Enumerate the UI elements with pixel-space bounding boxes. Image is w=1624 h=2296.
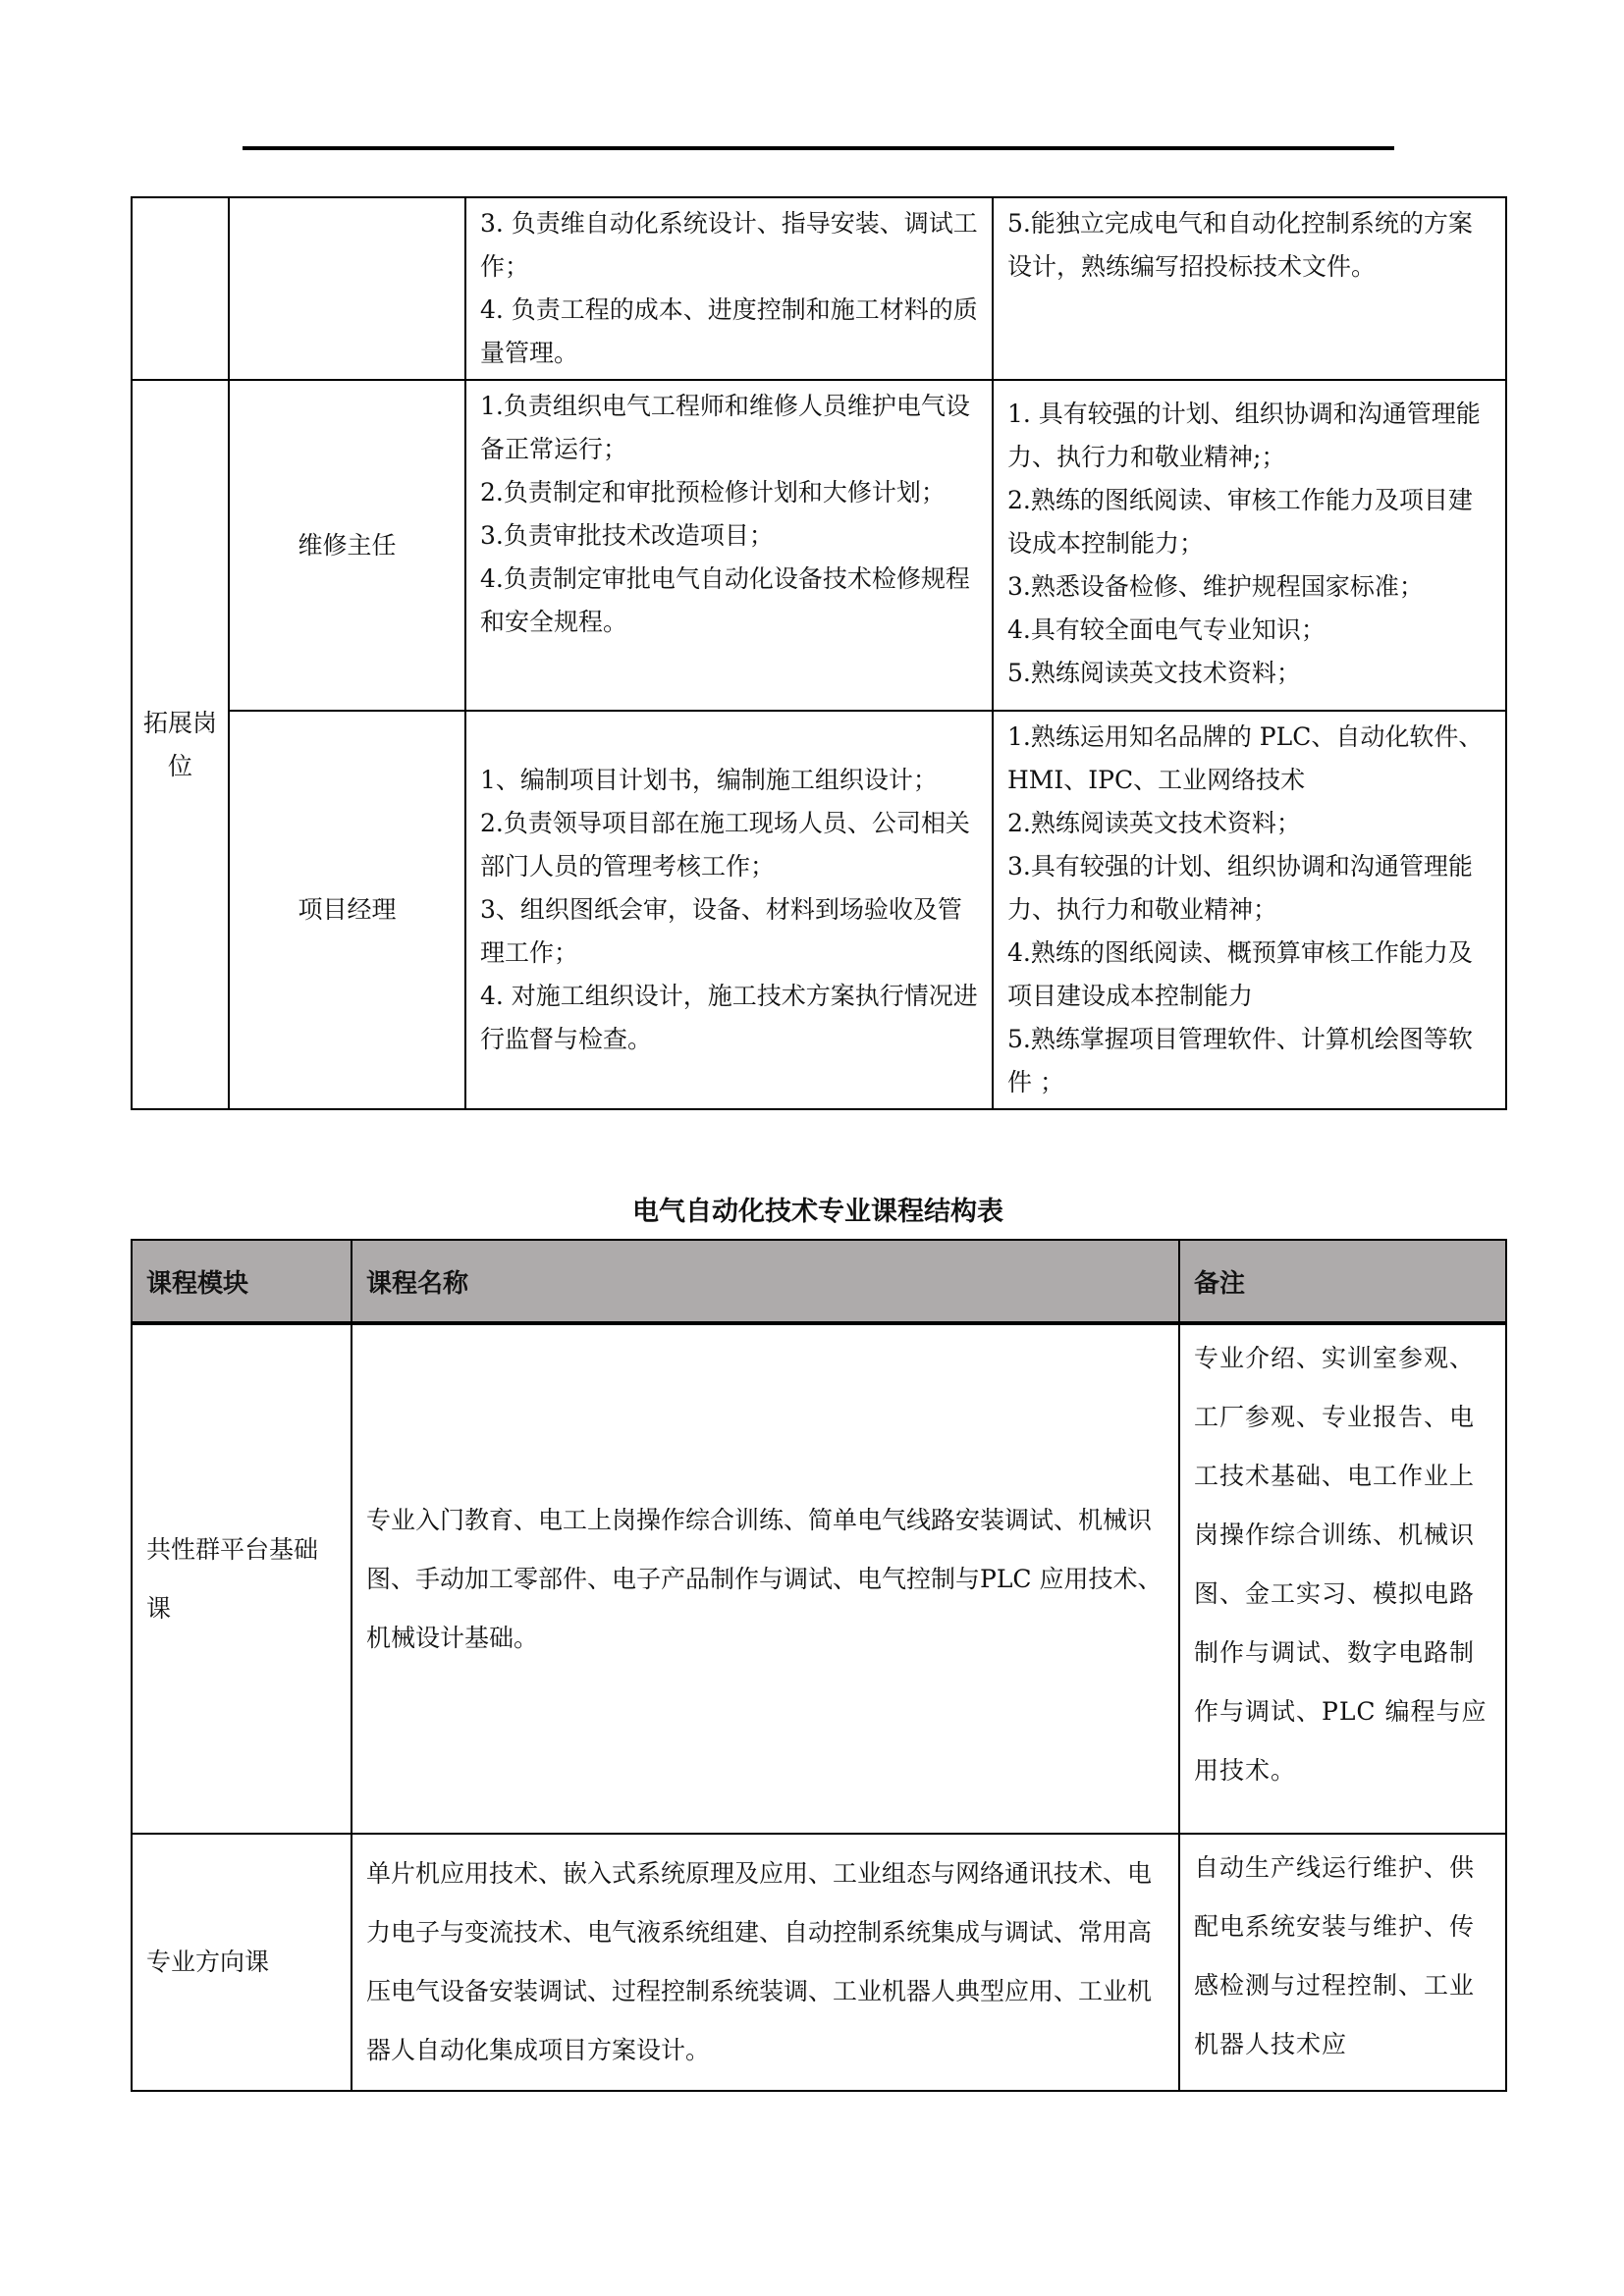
duty-item: 4.负责制定审批电气自动化设备技术检修规程和安全规程。 (480, 558, 980, 644)
requirement-item: 1. 具有较强的计划、组织协调和沟通管理能力、执行力和敬业精神;； (1007, 393, 1495, 479)
duty-item: 2.负责领导项目部在施工现场人员、公司相关部门人员的管理考核工作； (480, 802, 980, 888)
module-cell: 专业方向课 (132, 1834, 352, 2091)
duty-item: 3、组织图纸会审，设备、材料到场验收及管理工作； (480, 888, 980, 975)
duty-item: 3. 负责维自动化系统设计、指导安装、调试工作； (480, 202, 980, 289)
duty-item: 4. 对施工组织设计，施工技术方案执行情况进行监督与检查。 (480, 975, 980, 1061)
course-table-title: 电气自动化技术专业课程结构表 (131, 1190, 1505, 1228)
job-positions-table: 3. 负责维自动化系统设计、指导安装、调试工作； 4. 负责工程的成本、进度控制… (131, 196, 1507, 1110)
category-cell: 拓展岗位 (132, 380, 229, 1109)
requirement-item: 1.熟练运用知名品牌的 PLC、自动化软件、HMI、IPC、工业网络技术 (1007, 716, 1495, 802)
duties-cell: 1、编制项目计划书，编制施工组织设计； 2.负责领导项目部在施工现场人员、公司相… (465, 711, 993, 1109)
header-row: 课程模块 课程名称 备注 (132, 1240, 1506, 1323)
requirements-cell: 1.熟练运用知名品牌的 PLC、自动化软件、HMI、IPC、工业网络技术 2.熟… (993, 711, 1506, 1109)
course-structure-table: 课程模块 课程名称 备注 共性群平台基础课 专业入门教育、电工上岗操作综合训练、… (131, 1239, 1507, 2092)
requirements-cell: 1. 具有较强的计划、组织协调和沟通管理能力、执行力和敬业精神;； 2.熟练的图… (993, 380, 1506, 711)
requirement-item: 4.具有较全面电气专业知识； (1007, 609, 1495, 652)
duty-item: 2.负责制定和审批预检修计划和大修计划； (480, 471, 980, 514)
duty-item: 1、编制项目计划书，编制施工组织设计； (480, 759, 980, 802)
duty-item: 4. 负责工程的成本、进度控制和施工材料的质量管理。 (480, 289, 980, 375)
table-row: 项目经理 1、编制项目计划书，编制施工组织设计； 2.负责领导项目部在施工现场人… (132, 711, 1506, 1109)
courses-cell: 单片机应用技术、嵌入式系统原理及应用、工业组态与网络通讯技术、电力电子与变流技术… (352, 1834, 1179, 2091)
requirement-item: 2.熟练的图纸阅读、审核工作能力及项目建设成本控制能力； (1007, 479, 1495, 565)
requirement-item: 5.熟练掌握项目管理软件、计算机绘图等软件 ； (1007, 1018, 1495, 1104)
header-module: 课程模块 (132, 1240, 352, 1323)
header-remarks: 备注 (1179, 1240, 1506, 1323)
remarks-cell: 专业介绍、实训室参观、工厂参观、专业报告、电工技术基础、电工作业上岗操作综合训练… (1179, 1323, 1506, 1834)
table-row: 拓展岗位 维修主任 1.负责组织电气工程师和维修人员维护电气设备正常运行； 2.… (132, 380, 1506, 711)
requirement-item: 4.熟练的图纸阅读、概预算审核工作能力及项目建设成本控制能力 (1007, 932, 1495, 1018)
position-cell (229, 197, 465, 380)
table-row: 共性群平台基础课 专业入门教育、电工上岗操作综合训练、简单电气线路安装调试、机械… (132, 1323, 1506, 1834)
duties-cell: 1.负责组织电气工程师和维修人员维护电气设备正常运行； 2.负责制定和审批预检修… (465, 380, 993, 711)
requirement-item: 3.熟悉设备检修、维护规程国家标准； (1007, 565, 1495, 609)
position-cell: 维修主任 (229, 380, 465, 711)
module-cell: 共性群平台基础课 (132, 1323, 352, 1834)
duty-item: 3.负责审批技术改造项目； (480, 514, 980, 558)
requirement-item: 5.能独立完成电气和自动化控制系统的方案设计，熟练编写招投标技术文件。 (1007, 202, 1495, 289)
header-rule (243, 146, 1394, 150)
requirements-cell: 5.能独立完成电气和自动化控制系统的方案设计，熟练编写招投标技术文件。 (993, 197, 1506, 380)
requirement-item: 3.具有较强的计划、组织协调和沟通管理能力、执行力和敬业精神； (1007, 845, 1495, 932)
duty-item: 1.负责组织电气工程师和维修人员维护电气设备正常运行； (480, 385, 980, 471)
remarks-cell: 自动生产线运行维护、供配电系统安装与维护、传感检测与过程控制、工业机器人技术应 (1179, 1834, 1506, 2091)
category-cell (132, 197, 229, 380)
header-course-name: 课程名称 (352, 1240, 1179, 1323)
table-row: 3. 负责维自动化系统设计、指导安装、调试工作； 4. 负责工程的成本、进度控制… (132, 197, 1506, 380)
courses-cell: 专业入门教育、电工上岗操作综合训练、简单电气线路安装调试、机械识图、手动加工零部… (352, 1323, 1179, 1834)
requirement-item: 5.熟练阅读英文技术资料； (1007, 652, 1495, 695)
duties-cell: 3. 负责维自动化系统设计、指导安装、调试工作； 4. 负责工程的成本、进度控制… (465, 197, 993, 380)
table-row: 专业方向课 单片机应用技术、嵌入式系统原理及应用、工业组态与网络通讯技术、电力电… (132, 1834, 1506, 2091)
requirement-item: 2.熟练阅读英文技术资料； (1007, 802, 1495, 845)
position-cell: 项目经理 (229, 711, 465, 1109)
